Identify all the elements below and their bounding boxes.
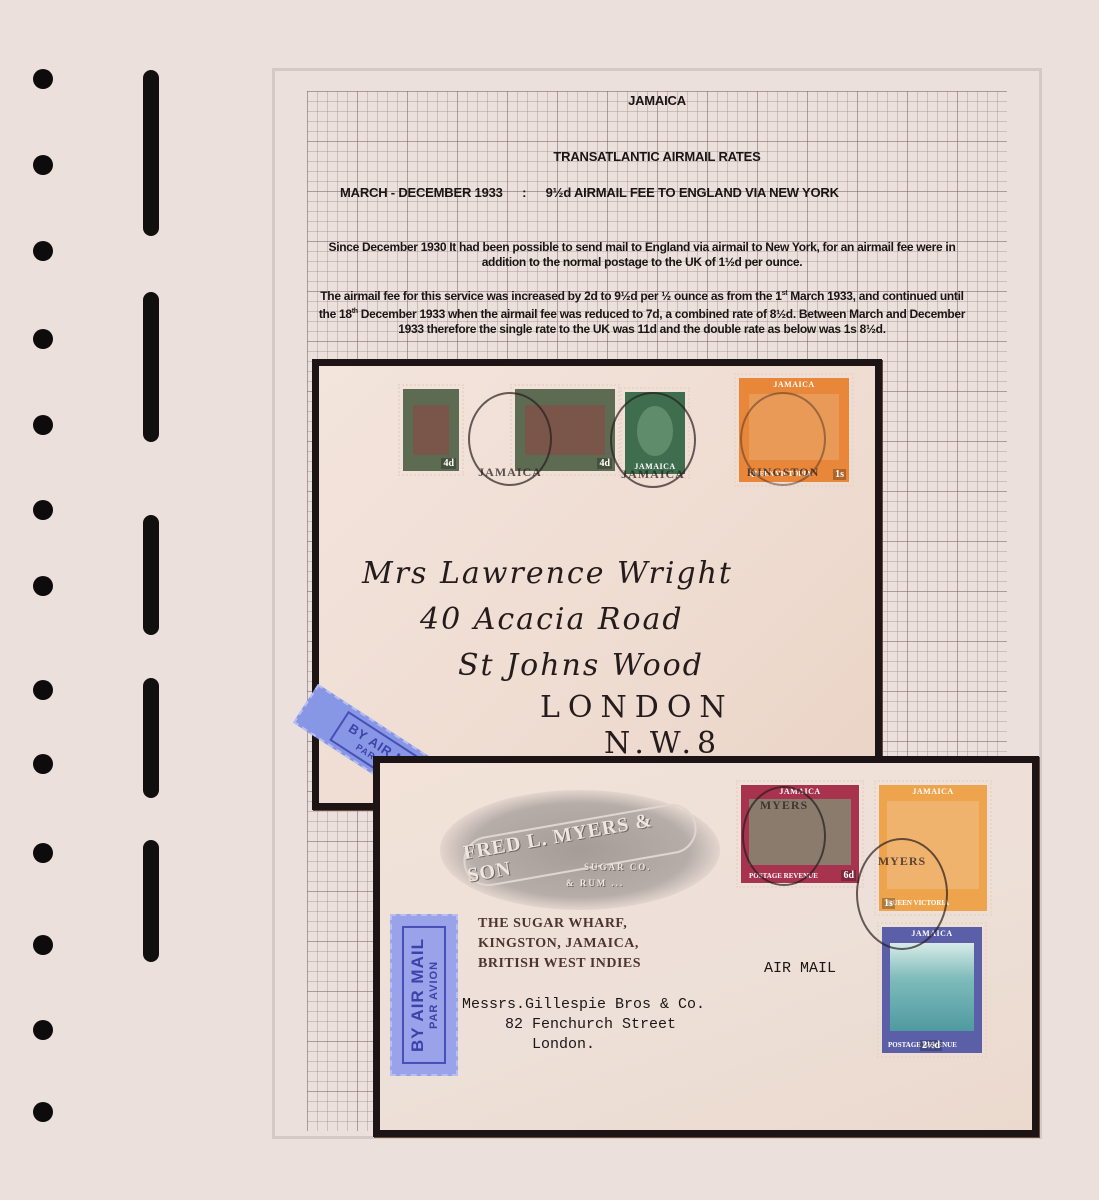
- binder-hole: [33, 680, 53, 700]
- stamp-value: 1s: [833, 469, 846, 480]
- postmark: MYERS: [856, 838, 948, 950]
- binder-hole: [33, 576, 53, 596]
- postmark: JAMAICA: [468, 392, 552, 486]
- paragraph-2-text-c: December 1933 when the airmail fee was r…: [358, 307, 965, 336]
- period-heading: MARCH - DECEMBER 1933 : 9½d AIRMAIL FEE …: [340, 185, 839, 200]
- airmail-label: BY AIR MAIL PAR AVION: [390, 914, 458, 1076]
- sender-line: BRITISH WEST INDIES: [478, 954, 641, 973]
- air-mail-service-text: AIR MAIL: [764, 960, 836, 977]
- description-paragraph-2: The airmail fee for this service was inc…: [312, 286, 972, 337]
- binder-hole: [33, 500, 53, 520]
- postmark: KINGSTON: [740, 392, 826, 486]
- address-line: LONDON: [540, 690, 734, 725]
- topic-label: 9½d AIRMAIL FEE TO ENGLAND VIA NEW YORK: [546, 185, 839, 200]
- description-paragraph-1: Since December 1930 It had been possible…: [312, 240, 972, 270]
- address-line: Messrs.Gillespie Bros & Co.: [462, 996, 705, 1013]
- sender-line: KINGSTON, JAMAICA,: [478, 934, 639, 953]
- sender-line: THE SUGAR WHARF,: [478, 914, 627, 933]
- binder-slot: [143, 70, 159, 236]
- stamp-value: 4d: [597, 458, 612, 469]
- postmark: MYERS: [742, 786, 826, 886]
- address-line: St Johns Wood: [458, 648, 704, 683]
- binder-hole: [33, 1102, 53, 1122]
- page-title: JAMAICA: [272, 93, 1042, 108]
- postmark: JAMAICA: [610, 392, 696, 488]
- cover-1-stamp: 4d: [398, 384, 464, 476]
- stamp-country: JAMAICA: [879, 787, 987, 796]
- binder-slot: [143, 840, 159, 962]
- stamp-4d: 4d: [403, 389, 459, 471]
- stamp-value: 4d: [441, 458, 456, 469]
- address-line: 82 Fenchurch Street: [505, 1016, 676, 1033]
- binder-slot: [143, 292, 159, 442]
- binder-hole: [33, 69, 53, 89]
- stamp-value: 2½d: [920, 1040, 942, 1051]
- binder-hole: [33, 843, 53, 863]
- binder-hole: [33, 935, 53, 955]
- airmail-label-subtext: PAR AVION: [428, 938, 440, 1052]
- period-separator: :: [522, 185, 526, 200]
- binder-hole: [33, 754, 53, 774]
- address-line: London.: [532, 1036, 595, 1053]
- stamp-country: JAMAICA: [739, 380, 849, 389]
- address-line: 40 Acacia Road: [420, 602, 684, 637]
- binder-slot: [143, 678, 159, 798]
- airmail-label-text: BY AIR MAIL: [408, 938, 428, 1052]
- stamp-value: 6d: [841, 870, 856, 881]
- period-label: MARCH - DECEMBER 1933: [340, 185, 503, 200]
- letterhead-line: SUGAR CO.: [584, 862, 652, 872]
- binder-slot: [143, 515, 159, 635]
- binder-hole: [33, 1020, 53, 1040]
- page-subtitle: TRANSATLANTIC AIRMAIL RATES: [272, 149, 1042, 164]
- paragraph-2-text-a: The airmail fee for this service was inc…: [320, 289, 781, 303]
- binder-hole: [33, 241, 53, 261]
- binder-hole: [33, 415, 53, 435]
- binder-hole: [33, 329, 53, 349]
- letterhead-line: & RUM ...: [566, 878, 624, 888]
- address-line: Mrs Lawrence Wright: [362, 556, 733, 591]
- binder-hole: [33, 155, 53, 175]
